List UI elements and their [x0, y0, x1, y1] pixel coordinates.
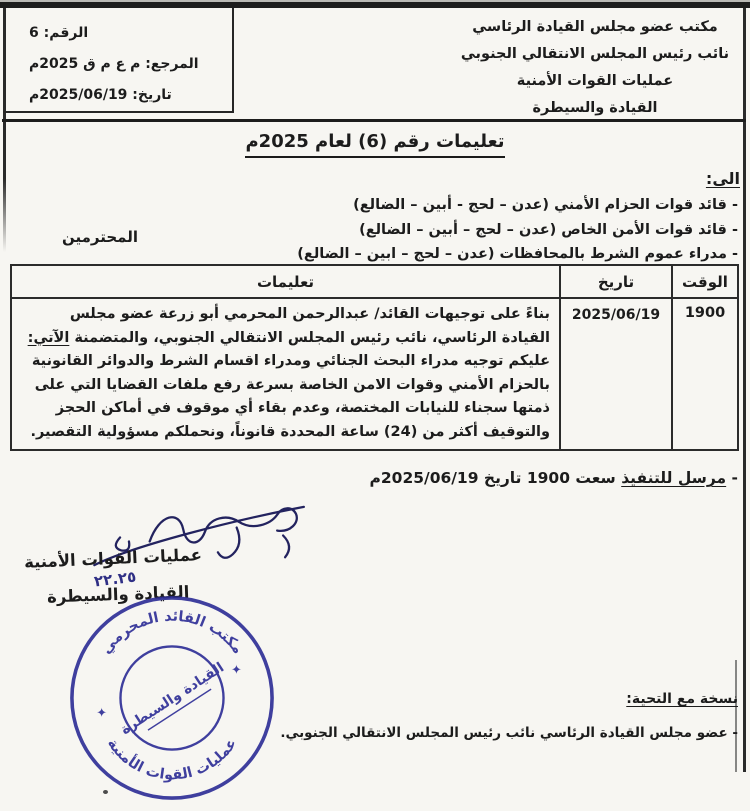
instructions-body: عليكم توجيه مدراء البحث الجنائي ومدراء ا… [18, 350, 550, 444]
title-row: تعليمات رقم (6) لعام 2025م [0, 131, 750, 158]
stamp-bottom-text: عمليات القوات الأمنية [104, 736, 240, 784]
doc-number: الرقم: 6 [3, 18, 232, 49]
letterhead-line-3: عمليات القوات الأمنية [450, 68, 740, 95]
doc-date: تاريخ: 2025/06/19م [3, 80, 232, 111]
table-header-row: الوقت تاريخ تعليمات [11, 265, 738, 298]
dispatch-dash: - [726, 469, 738, 487]
dispatch-underlined: مرسل للتنفيذ [621, 469, 726, 487]
recipient-item: - قائد قوات الأمن الخاص (عدن – لحج – أبي… [297, 218, 738, 243]
stamp-diamond-left: ✦ [96, 706, 107, 721]
document-page: الرقم: 6 المرجع: م ع م ق 2025م تاريخ: 20… [0, 0, 750, 811]
instructions-table: الوقت تاريخ تعليمات 1900 2025/06/19 بناء… [10, 264, 739, 451]
stamp-diamond-right: ✦ [231, 663, 242, 678]
reference-box: الرقم: 6 المرجع: م ع م ق 2025م تاريخ: 20… [3, 8, 234, 113]
col-header-time: الوقت [672, 265, 738, 298]
cell-time: 1900 [672, 298, 738, 450]
recipient-item: - مدراء عموم الشرط بالمحافظات (عدن – لحج… [297, 242, 738, 267]
official-round-stamp: مكتب القائد المحرمي عمليات القوات الأمني… [63, 589, 281, 807]
col-header-instructions: تعليمات [11, 265, 560, 298]
page-right-border [743, 8, 746, 772]
page-right-border-inner [735, 660, 737, 772]
to-label: الى: [706, 169, 740, 188]
copy-section-list: - عضو مجلس القيادة الرئاسي نائب رئيس الم… [280, 722, 738, 744]
letterhead-line-4: القيادة والسيطرة [450, 95, 740, 122]
letterhead-line-1: مكتب عضو مجلس القيادة الرئاسي [450, 14, 740, 41]
letterhead-line-2: نائب رئيس المجلس الانتقالي الجنوبي [450, 41, 740, 68]
honorific-text: المحترمين [62, 228, 138, 246]
stamp-top-text: مكتب القائد المحرمي [98, 609, 245, 658]
dispatch-line: - مرسل للتنفيذ سعت 1900 تاريخ 2025/06/19… [370, 469, 738, 487]
cell-date: 2025/06/19 [560, 298, 672, 450]
doc-reference: المرجع: م ع م ق 2025م [3, 49, 232, 80]
table-row: 1900 2025/06/19 بناءً على توجيهات القائد… [11, 298, 738, 450]
cell-instructions: بناءً على توجيهات القائد/ عبدالرحمن المح… [11, 298, 560, 450]
letterhead: مكتب عضو مجلس القيادة الرئاسي نائب رئيس … [450, 14, 740, 122]
stamp-center-text: القيادة والسيطرة [118, 660, 227, 739]
document-title: تعليمات رقم (6) لعام 2025م [245, 131, 504, 158]
instructions-underlined-word: الآتي: [28, 330, 70, 346]
to-label-text: الى: [706, 169, 740, 188]
copy-section-label: نسخة مع التحية: [626, 691, 738, 707]
scan-artifact [103, 790, 108, 794]
col-header-date: تاريخ [560, 265, 672, 298]
recipients-list: - قائد قوات الحزام الأمني (عدن – لحج - أ… [297, 193, 738, 267]
recipient-item: - قائد قوات الحزام الأمني (عدن – لحج - أ… [297, 193, 738, 218]
dispatch-rest: سعت 1900 تاريخ 2025/06/19م [370, 469, 622, 487]
instructions-intro: بناءً على توجيهات القائد/ عبدالرحمن المح… [69, 306, 550, 346]
copy-recipient-item: - عضو مجلس القيادة الرئاسي نائب رئيس الم… [280, 722, 738, 744]
